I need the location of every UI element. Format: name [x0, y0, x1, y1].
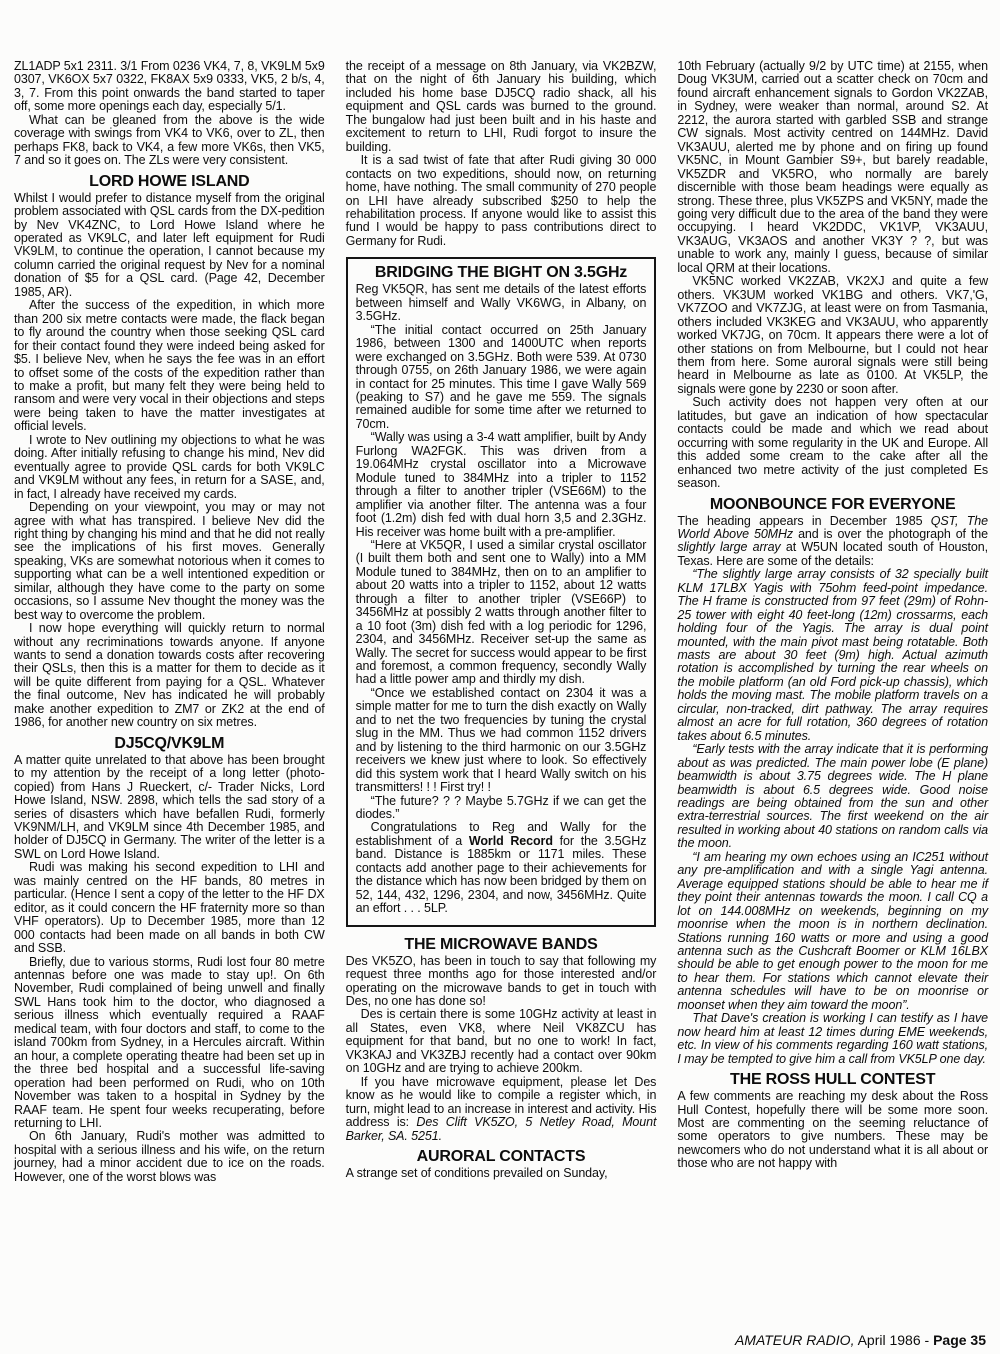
- paragraph: A strange set of conditions prevailed on…: [346, 1167, 657, 1180]
- paragraph: ZL1ADP 5x1 2311. 3/1 From 0236 VK4, 7, 8…: [14, 60, 325, 114]
- paragraph: Des VK5ZO, has been in touch to say that…: [346, 955, 657, 1009]
- paragraph-moonbounce-intro: The heading appears in December 1985 QST…: [677, 515, 988, 569]
- paragraph: On 6th January, Rudi's mother was admitt…: [14, 1130, 325, 1184]
- world-record-emphasis: World Record: [469, 834, 553, 848]
- paragraph: After the success of the expedition, in …: [14, 299, 325, 434]
- paragraph: I wrote to Nev outlining my objections t…: [14, 434, 325, 501]
- paragraph-world-record: Congratulations to Reg and Wally for the…: [356, 821, 647, 915]
- magazine-title: AMATEUR RADIO,: [735, 1332, 855, 1348]
- heading-lord-howe-island: LORD HOWE ISLAND: [14, 172, 325, 191]
- heading-the-ross-hull-contest: THE ROSS HULL CONTEST: [677, 1070, 988, 1089]
- bridging-the-bight-box: BRIDGING THE BIGHT ON 3.5GHz Reg VK5QR, …: [346, 257, 657, 926]
- column-left: ZL1ADP 5x1 2311. 3/1 From 0236 VK4, 7, 8…: [14, 60, 325, 1348]
- page-footer: AMATEUR RADIO, April 1986 - Page 35: [677, 1318, 988, 1348]
- page-number: Page 35: [933, 1332, 986, 1348]
- paragraph-des-address: If you have microwave equipment, please …: [346, 1076, 657, 1143]
- heading-dj5cq-vk9lm: DJ5CQ/VK9LM: [14, 734, 325, 753]
- paragraph: “The initial contact occurred on 25th Ja…: [356, 324, 647, 432]
- heading-bridging-the-bight: BRIDGING THE BIGHT ON 3.5GHz: [356, 263, 647, 282]
- paragraph: What can be gleaned from the above is th…: [14, 114, 325, 168]
- magazine-page: ZL1ADP 5x1 2311. 3/1 From 0236 VK4, 7, 8…: [0, 0, 1000, 1354]
- paragraph: the receipt of a message on 8th January,…: [346, 60, 657, 154]
- array-emphasis: slightly large array: [677, 540, 780, 554]
- paragraph: “Wally was using a 3-4 watt amplifier, b…: [356, 431, 647, 539]
- paragraph: “The future? ? ? Maybe 5.7GHz if we can …: [356, 795, 647, 822]
- quoted-paragraph: “I am hearing my own echoes using an IC2…: [677, 851, 988, 1012]
- paragraph: VK5NC worked VK2ZAB, VK2XJ and quite a f…: [677, 275, 988, 396]
- paragraph: Briefly, due to various storms, Rudi los…: [14, 956, 325, 1131]
- quoted-paragraph: “The slightly large array consists of 32…: [677, 568, 988, 743]
- paragraph: “Here at VK5QR, I used a similar crystal…: [356, 539, 647, 687]
- paragraph: Such activity does not happen very often…: [677, 396, 988, 490]
- paragraph: It is a sad twist of fate that after Rud…: [346, 154, 657, 248]
- issue-date: April 1986 -: [854, 1332, 933, 1348]
- paragraph: Rudi was making his second expedition to…: [14, 861, 325, 955]
- heading-the-microwave-bands: THE MICROWAVE BANDS: [346, 935, 657, 954]
- editor-comment-paragraph: That Dave's creation is working I can te…: [677, 1012, 988, 1066]
- quoted-paragraph: “Early tests with the array indicate tha…: [677, 743, 988, 851]
- heading-auroral-contacts: AURORAL CONTACTS: [346, 1147, 657, 1166]
- paragraph: 10th February (actually 9/2 by UTC time)…: [677, 60, 988, 275]
- heading-moonbounce-for-everyone: MOONBOUNCE FOR EVERYONE: [677, 495, 988, 514]
- paragraph: Depending on your viewpoint, you may or …: [14, 501, 325, 622]
- paragraph: A matter quite unrelated to that above h…: [14, 754, 325, 862]
- paragraph: Whilst I would prefer to distance myself…: [14, 192, 325, 300]
- paragraph: Des is certain there is some 10GHz activ…: [346, 1008, 657, 1075]
- text-run: and is over the photograph of the: [793, 527, 988, 541]
- paragraph: I now hope everything will quickly retur…: [14, 622, 325, 730]
- column-right: 10th February (actually 9/2 by UTC time)…: [677, 60, 988, 1348]
- paragraph: A few comments are reaching my desk abou…: [677, 1090, 988, 1171]
- paragraph: Reg VK5QR, has sent me details of the la…: [356, 283, 647, 323]
- text-run: The heading appears in December 1985: [677, 514, 930, 528]
- column-middle: the receipt of a message on 8th January,…: [346, 60, 657, 1348]
- paragraph: “Once we established contact on 2304 it …: [356, 687, 647, 795]
